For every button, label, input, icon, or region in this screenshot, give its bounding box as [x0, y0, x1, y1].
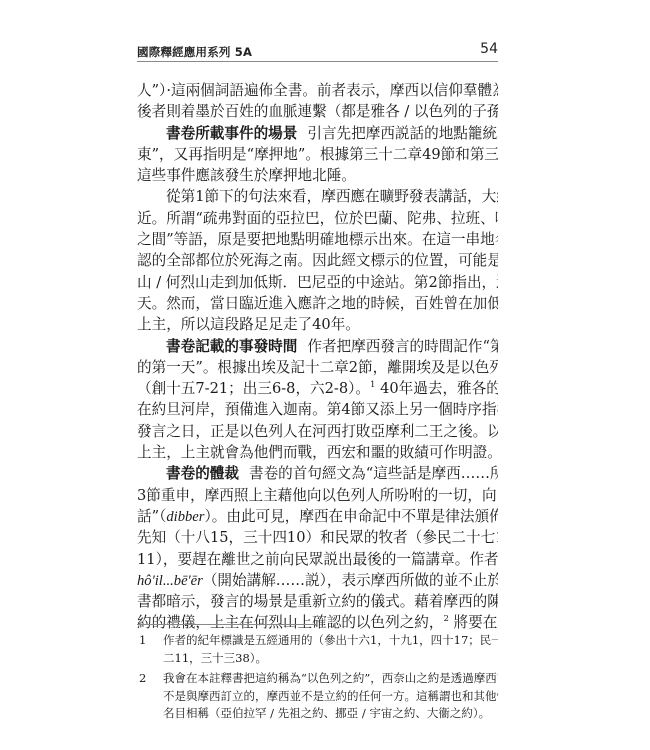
text-line: 上主，所以這段路足足走了40年。	[137, 314, 498, 335]
paragraph-genre: 書卷的體裁書卷的首句經文為“這些話是摩西……所説的”；第 3節重申，摩西照上主藉…	[137, 463, 498, 633]
subheading-setting: 書卷所載事件的場景	[166, 125, 297, 142]
text-line: 之間”等語，原是要把地點明確地標示出來。在這一串地名中，我們能確	[137, 229, 498, 250]
text-span: 引言先把摩西説話的地點籠統地稱為“約旦河	[307, 125, 498, 142]
footnote-number: 1	[139, 632, 146, 650]
footnote-line: 不是與摩西訂立的，摩西並不是立約的任何一方。這稱謂也和其他慣用的聖約	[163, 688, 498, 706]
text-line: 天。然而，當日臨近進入應許之地的時候，百姓曾在加低斯．巴尼亞叛逆	[137, 293, 498, 314]
text-line: 11），要趕在離世之前向民眾説出最後的一篇講章。作者稱摩西的行動為	[137, 549, 498, 570]
footnote-line: 我會在本註釋書把這約稱為“以色列之約”，西奈山之約是透過摩西訂立的，	[163, 670, 498, 688]
text-span: 40年過去，雅各的另一代子孫同樣站	[380, 380, 498, 397]
text-line: 在約旦河岸，預備進入迦南。第4節又添上另一個時序指標：摩西向民眾	[137, 399, 498, 420]
text-line: 人”）·這兩個詞語遍佈全書。前者表示，摩西以信仰羣體為對象發言，	[137, 80, 498, 101]
text-span: （創十五7-21；出三6-8，六2-8）。	[137, 380, 370, 397]
text-line: 書卷記載的事發時間作者把摩西發言的時間記作“第四十年十一月	[137, 336, 498, 357]
text-line: 近。所謂“疏弗對面的亞拉巴，位於巴蘭、陀弗、拉班、哈洗錄與底撒哈	[137, 208, 498, 229]
footnote-line: 作者的紀年標識是五經通用的（參出十六1，十九1，四十17；民一1，九1，十	[163, 632, 498, 650]
text-line: 後者則着墨於百姓的血脈連繫（都是雅各 / 以色列的子孫）。	[137, 101, 498, 122]
page-number: 54	[480, 41, 498, 57]
paragraph-location: 從第1節下的句法來看，摩西應在曠野發表講話，大約在亞拉巴附 近。所謂“疏弗對面的…	[137, 186, 498, 335]
footnote-2: 2 我會在本註釋書把這約稱為“以色列之約”，西奈山之約是透過摩西訂立的， 不是與…	[137, 670, 498, 723]
book-page: 國際釋經應用系列 5A 54 人”）·這兩個詞語遍佈全書。前者表示，摩西以信仰羣…	[0, 0, 650, 750]
paragraph-continuation: 人”）·這兩個詞語遍佈全書。前者表示，摩西以信仰羣體為對象發言， 後者則着墨於百…	[137, 80, 498, 123]
text-line: 東”，又再指明是“摩押地”。根據第三十二章49節和第三十四章1節，	[137, 144, 498, 165]
footnote-rule	[137, 624, 317, 625]
paragraph-setting: 書卷所載事件的場景引言先把摩西説話的地點籠統地稱為“約旦河 東”，又再指明是“摩…	[137, 123, 498, 187]
footnote-ref-2[interactable]: 2	[443, 615, 448, 625]
footnotes: 1 作者的紀年標識是五經通用的（參出十六1，十九1，四十17；民一1，九1，十 …	[137, 632, 498, 723]
text-line: 先知（十八15，三十四10）和民眾的牧者（參民二十七17；賽六十三	[137, 527, 498, 548]
text-line: 話”（dibber）。由此可見，摩西在申命記中不單是律法頒佈人，也是	[137, 506, 498, 527]
text-line: 的第一天”。根據出埃及記十二章2節，離開埃及是以色列史紀年的開端	[137, 357, 498, 378]
text-line: 從第1節下的句法來看，摩西應在曠野發表講話，大約在亞拉巴附	[137, 186, 498, 207]
text-span: 話”（	[137, 508, 166, 525]
text-line: （創十五7-21；出三6-8，六2-8）。1 40年過去，雅各的另一代子孫同樣站	[137, 378, 498, 399]
subheading-genre: 書卷的體裁	[166, 465, 239, 482]
text-line: 上主，上主就會為他們而戰，西宏和噩的敗績可作明證。	[137, 442, 498, 463]
text-line: 書卷所載事件的場景引言先把摩西説話的地點籠統地稱為“約旦河	[137, 123, 498, 144]
text-span: 書卷的首句經文為“這些話是摩西……所説的”；第	[249, 465, 498, 482]
paragraph-time: 書卷記載的事發時間作者把摩西發言的時間記作“第四十年十一月 的第一天”。根據出埃…	[137, 336, 498, 464]
footnote-number: 2	[139, 670, 146, 688]
text-line: 書卷的體裁書卷的首句經文為“這些話是摩西……所説的”；第	[137, 463, 498, 484]
series-title: 國際釋經應用系列 5A	[137, 44, 252, 60]
text-line: 3節重申，摩西照上主藉他向以色列人所吩咐的一切，向以色列人“説	[137, 485, 498, 506]
text-span: 將要在這一代以色列人	[454, 614, 498, 631]
subheading-time: 書卷記載的事發時間	[166, 338, 297, 355]
text-span: ）。由此可見，摩西在申命記中不單是律法頒佈人，也是	[204, 508, 498, 525]
footnote-line: 二11，三十三38）。	[163, 650, 498, 668]
text-line: 發言之日，正是以色列人在河西打敗亞摩利二王之後。以色列人只要效忠	[137, 421, 498, 442]
text-line: 認的全部都位於死海之南。因此經文標示的位置，可能是以色列民從西奈	[137, 250, 498, 271]
body-text: 人”）·這兩個詞語遍佈全書。前者表示，摩西以信仰羣體為對象發言， 後者則着墨於百…	[137, 80, 498, 634]
text-line: hô'il...bē'ēr（開始講解……説），表示摩西所做的並不止於發言闡釋。全	[137, 570, 498, 591]
text-line: 這些事件應該發生於摩押地北陲。	[137, 165, 498, 186]
footnote-1: 1 作者的紀年標識是五經通用的（參出十六1，十九1，四十17；民一1，九1，十 …	[137, 632, 498, 667]
header-rule	[137, 61, 498, 62]
running-header: 國際釋經應用系列 5A 54	[137, 42, 498, 60]
footnote-ref-1[interactable]: 1	[370, 380, 375, 390]
hebrew-transliteration: dibber	[166, 509, 204, 525]
text-span: （開始講解……説），表示摩西所做的並不止於發言闡釋。全	[203, 572, 498, 589]
text-line: 書都暗示，發言的場景是重新立約的儀式。藉着摩西的陳詞，並這重新立	[137, 591, 498, 612]
text-span: 約的禮儀，上主在何烈山上確認的以色列之約，	[137, 614, 443, 631]
text-line: 山 / 何烈山走到加低斯．巴尼亞的中途站。第2節指出，這段路通常要走11	[137, 272, 498, 293]
footnote-line: 名目相稱（亞伯拉罕 / 先祖之約、挪亞 / 宇宙之約、大衞之約）。	[163, 705, 498, 723]
text-span: 作者把摩西發言的時間記作“第四十年十一月	[307, 338, 498, 355]
hebrew-transliteration: hô'il...bē'ēr	[137, 573, 203, 589]
